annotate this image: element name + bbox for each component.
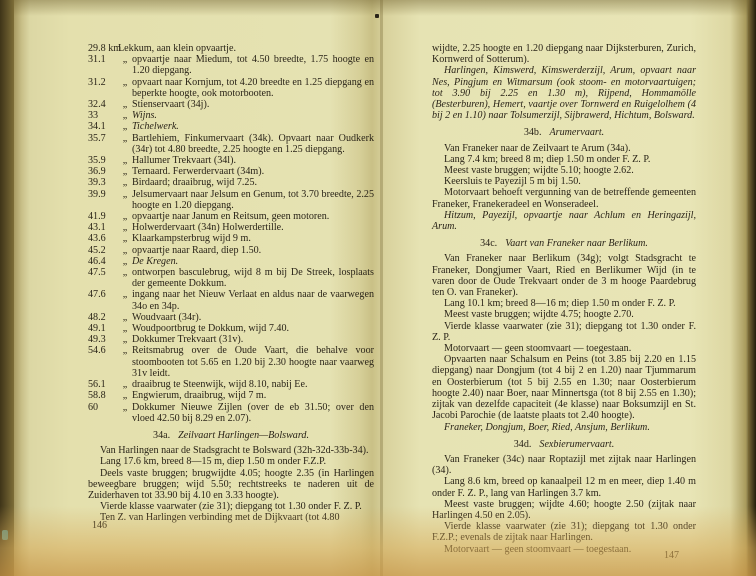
page-tab-marker — [2, 530, 8, 540]
entry-text: Bartlehiem, Finkumervaart (34k). Opvaart… — [132, 133, 374, 155]
km-value: 32.4 — [88, 99, 118, 110]
paragraph: Van Franeker (34c) naar Roptazijl met zi… — [432, 454, 696, 476]
entry-text: Hallumer Trekvaart (34l). — [132, 155, 374, 166]
km-value: 47.6 — [88, 289, 118, 300]
km-entry: 35.7„Bartlehiem, Finkumervaart (34k). Op… — [88, 133, 374, 155]
km-entry: 29.8 kmLekkum, aan klein opvaartje. — [88, 43, 374, 54]
km-entry: 47.6„ingang naar het Nieuw Verlaat en al… — [88, 289, 374, 311]
entry-text: ontworpen basculebrug, wijd 8 m bij De S… — [132, 267, 374, 289]
km-value: 49.3 — [88, 334, 118, 345]
paragraph: Meest vaste bruggen; wijdte 5.10; hoogte… — [432, 165, 696, 176]
open-book: 29.8 kmLekkum, aan klein opvaartje. 31.1… — [0, 0, 756, 576]
km-value: 33 — [88, 110, 118, 121]
km-entry: 31.1„opvaartje naar Miedum, tot 4.50 bre… — [88, 54, 374, 76]
km-entry: 45.2„opvaartje naar Raard, diep 1.50. — [88, 245, 374, 256]
km-value: 49.1 — [88, 323, 118, 334]
paragraph: Ten Z. van Harlingen verbinding met de D… — [88, 512, 374, 523]
section-34c: 34c.Vaart van Franeker naar Berlikum. Va… — [432, 238, 696, 432]
km-entry: 49.1„Woudpoortbrug te Dokkum, wijd 7.40. — [88, 323, 374, 334]
section-number: 34d. — [514, 439, 532, 450]
entry-text: Stienservaart (34j). — [132, 99, 374, 110]
km-value: 35.9 — [88, 155, 118, 166]
km-entry: 32.4„Stienservaart (34j). — [88, 99, 374, 110]
paragraph: Lang 17.6 km, breed 8—15 m, diep 1.50 m … — [88, 456, 374, 467]
km-entry: 48.2„Woudvaart (34r). — [88, 312, 374, 323]
section-heading: 34a.Zeilvaart Harlingen—Bolsward. — [88, 430, 374, 441]
ditto-mark: „ — [118, 379, 132, 390]
paragraph: Lang 7.4 km; breed 8 m; diep 1.50 m onde… — [432, 154, 696, 165]
section-heading: 34c.Vaart van Franeker naar Berlikum. — [432, 238, 696, 249]
km-entry: 46.4„De Kregen. — [88, 256, 374, 267]
section-heading: 34b.Arumervaart. — [432, 127, 696, 138]
ditto-mark: „ — [118, 312, 132, 323]
section-34a: 34a.Zeilvaart Harlingen—Bolsward. Van Ha… — [88, 430, 374, 524]
ditto-mark: „ — [118, 166, 132, 177]
section-title: Vaart van Franeker naar Berlikum. — [505, 238, 648, 249]
km-entry: 54.6„Reitsmabrug over de Oude Vaart, die… — [88, 345, 374, 379]
ditto-mark: „ — [118, 54, 132, 65]
km-value: 31.2 — [88, 77, 118, 88]
km-value: 34.1 — [88, 121, 118, 132]
section-number: 34b. — [524, 127, 542, 138]
ditto-mark: „ — [118, 267, 132, 278]
km-value: 41.9 — [88, 211, 118, 222]
km-entry-list: 29.8 kmLekkum, aan klein opvaartje. 31.1… — [88, 43, 374, 424]
paragraph: Opvaarten naar Schalsum en Peins (tot 3.… — [432, 354, 696, 421]
book-gutter — [380, 0, 383, 576]
entry-text: Klaarkampsterbrug wijd 9 m. — [132, 233, 374, 244]
km-entry: 43.6„Klaarkampsterbrug wijd 9 m. — [88, 233, 374, 244]
paragraph: Vierde klasse vaarwater (zie 31); diepga… — [432, 321, 696, 343]
km-entry: 33„Wijns. — [88, 110, 374, 121]
km-value: 58.8 — [88, 390, 118, 401]
km-entry: 39.9„Jelsumervaart naar Jelsum en Genum,… — [88, 189, 374, 211]
paragraph: Meest vaste bruggen; wijdte 4.60; hoogte… — [432, 499, 696, 521]
entry-text: Tichelwerk. — [132, 121, 374, 132]
paragraph: Deels vaste bruggen; brugwijdte 4.05; ho… — [88, 468, 374, 502]
section-title: Arumervaart. — [550, 127, 605, 138]
km-entry: 39.3„Birdaard; draaibrug, wijd 7.25. — [88, 177, 374, 188]
km-value: 54.6 — [88, 345, 118, 356]
page-number-left: 146 — [92, 520, 107, 531]
ditto-mark: „ — [118, 390, 132, 401]
km-entry: 58.8„Engwierum, draaibrug, wijd 7 m. — [88, 390, 374, 401]
paragraph: Meest vaste bruggen; wijdte 4.75; hoogte… — [432, 309, 696, 320]
ditto-mark: „ — [118, 245, 132, 256]
km-entry: 35.9„Hallumer Trekvaart (34l). — [88, 155, 374, 166]
paragraph: Franeker, Dongjum, Boer, Ried, Ansjum, B… — [432, 422, 696, 433]
km-value: 43.6 — [88, 233, 118, 244]
entry-text: Wijns. — [132, 110, 374, 121]
entry-text: Ternaard. Ferwerdervaart (34m). — [132, 166, 374, 177]
ditto-mark: „ — [118, 222, 132, 233]
ditto-mark: „ — [118, 177, 132, 188]
paragraph: Vierde klasse vaarwater (zie 31); diepga… — [88, 501, 374, 512]
entry-text: Dokkumer Nieuwe Zijlen (over de eb 31.50… — [132, 402, 374, 424]
section-title: Sexbierumervaart. — [539, 439, 614, 450]
entry-text: Lekkum, aan klein opvaartje. — [118, 43, 374, 54]
entry-text: Dokkumer Trekvaart (31v). — [132, 334, 374, 345]
km-entry: 56.1„draaibrug te Steenwijk, wijd 8.10, … — [88, 379, 374, 390]
entry-text: Jelsumervaart naar Jelsum en Genum, tot … — [132, 189, 374, 211]
section-heading: 34d.Sexbierumervaart. — [432, 439, 696, 450]
km-value: 47.5 — [88, 267, 118, 278]
paragraph: Hitzum, Payezijl, opvaartje naar Achlum … — [432, 210, 696, 232]
ditto-mark: „ — [118, 233, 132, 244]
ditto-mark: „ — [118, 345, 132, 356]
km-value: 56.1 — [88, 379, 118, 390]
section-title: Zeilvaart Harlingen—Bolsward. — [178, 430, 309, 441]
ditto-mark: „ — [118, 289, 132, 300]
ditto-mark: „ — [118, 334, 132, 345]
section-34b: 34b.Arumervaart. Van Franeker naar de Ze… — [432, 127, 696, 232]
entry-text: opvaartje naar Janum en Reitsum, geen mo… — [132, 211, 374, 222]
km-value: 29.8 km — [88, 43, 118, 54]
entry-text: Birdaard; draaibrug, wijd 7.25. — [132, 177, 374, 188]
paragraph: Motorvaart — geen stoomvaart — toegestaa… — [432, 343, 696, 354]
km-entry: 41.9„opvaartje naar Janum en Reitsum, ge… — [88, 211, 374, 222]
paragraph: Motorvaart — geen stoomvaart — toegestaa… — [432, 544, 696, 555]
km-value: 43.1 — [88, 222, 118, 233]
ditto-mark: „ — [118, 99, 132, 110]
entry-text: opvaart naar Kornjum, tot 4.20 breedte e… — [132, 77, 374, 99]
km-entry: 31.2„opvaart naar Kornjum, tot 4.20 bree… — [88, 77, 374, 99]
ditto-mark: „ — [118, 77, 132, 88]
km-value: 39.3 — [88, 177, 118, 188]
paragraph: Motorvaart behoeft vergunning van de bet… — [432, 187, 696, 209]
entry-text: Holwerdervaart (34n) Holwerdertille. — [132, 222, 374, 233]
km-value: 60 — [88, 402, 118, 413]
entry-text: De Kregen. — [132, 256, 374, 267]
paragraph: wijdte, 2.25 hoogte en 1.20 diepgang naa… — [432, 43, 696, 65]
entry-text: draaibrug te Steenwijk, wijd 8.10, nabij… — [132, 379, 374, 390]
page-number-right: 147 — [664, 550, 679, 561]
ditto-mark: „ — [118, 189, 132, 200]
km-value: 45.2 — [88, 245, 118, 256]
paragraph: Van Franeker naar Berlikum (34g); volgt … — [432, 253, 696, 298]
km-value: 35.7 — [88, 133, 118, 144]
entry-text: opvaartje naar Miedum, tot 4.50 breedte,… — [132, 54, 374, 76]
km-entry: 47.5„ontworpen basculebrug, wijd 8 m bij… — [88, 267, 374, 289]
km-entry: 60„Dokkumer Nieuwe Zijlen (over de eb 31… — [88, 402, 374, 424]
km-value: 36.9 — [88, 166, 118, 177]
km-entry: 34.1„Tichelwerk. — [88, 121, 374, 132]
km-value: 39.9 — [88, 189, 118, 200]
entry-text: Engwierum, draaibrug, wijd 7 m. — [132, 390, 374, 401]
entry-text: Reitsmabrug over de Oude Vaart, die beha… — [132, 345, 374, 379]
paragraph: Lang 10.1 km; breed 8—16 m; diep 1.50 m … — [432, 298, 696, 309]
right-page: wijdte, 2.25 hoogte en 1.20 diepgang naa… — [432, 43, 696, 555]
km-value: 46.4 — [88, 256, 118, 267]
paragraph: Vierde klasse vaarwater (zie 31); diepga… — [432, 521, 696, 543]
paragraph: Lang 8.6 km, breed op kanaalpeil 12 m en… — [432, 476, 696, 498]
entry-text: opvaartje naar Raard, diep 1.50. — [132, 245, 374, 256]
ditto-mark: „ — [118, 211, 132, 222]
ditto-mark: „ — [118, 121, 132, 132]
gutter-mark — [375, 14, 379, 18]
section-34d: 34d.Sexbierumervaart. Van Franeker (34c)… — [432, 439, 696, 555]
km-entry: 36.9„Ternaard. Ferwerdervaart (34m). — [88, 166, 374, 177]
ditto-mark: „ — [118, 323, 132, 334]
left-page: 29.8 kmLekkum, aan klein opvaartje. 31.1… — [88, 43, 374, 524]
ditto-mark: „ — [118, 110, 132, 121]
km-value: 31.1 — [88, 54, 118, 65]
entry-text: Woudvaart (34r). — [132, 312, 374, 323]
book-edge-left — [0, 0, 14, 576]
paragraph: Keersluis te Payezijl 5 m bij 1.50. — [432, 176, 696, 187]
km-entry: 43.1„Holwerdervaart (34n) Holwerdertille… — [88, 222, 374, 233]
paragraph: Harlingen, Kimswerd, Kimswerderzijl, Aru… — [432, 65, 696, 121]
ditto-mark: „ — [118, 133, 132, 144]
paragraph: Van Harlingen naar de Stadsgracht te Bol… — [88, 445, 374, 456]
paragraph: Van Franeker naar de Zeilvaart te Arum (… — [432, 143, 696, 154]
ditto-mark: „ — [118, 155, 132, 166]
km-value: 48.2 — [88, 312, 118, 323]
entry-text: ingang naar het Nieuw Verlaat en aldus n… — [132, 289, 374, 311]
ditto-mark: „ — [118, 402, 132, 413]
section-number: 34c. — [480, 238, 497, 249]
section-number: 34a. — [153, 430, 170, 441]
ditto-mark: „ — [118, 256, 132, 267]
entry-text: Woudpoortbrug te Dokkum, wijd 7.40. — [132, 323, 374, 334]
km-entry: 49.3„Dokkumer Trekvaart (31v). — [88, 334, 374, 345]
book-edge-right — [748, 0, 756, 576]
